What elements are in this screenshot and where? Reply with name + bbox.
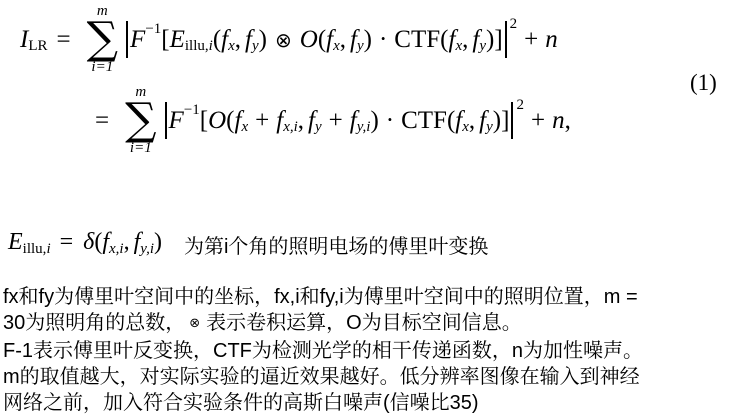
vertical-bar <box>505 21 507 58</box>
math-token: y <box>252 38 259 55</box>
math-token: illu, <box>23 241 47 258</box>
text-line-2: 30为照明角的总数，⊗表示卷积运算，O为目标空间信息。 <box>3 310 638 337</box>
math-token: , <box>235 26 241 54</box>
math-token: LR <box>28 38 47 55</box>
vertical-bar <box>165 102 167 139</box>
math-token: , <box>462 26 468 54</box>
math-token: y <box>486 119 493 136</box>
math-token: i <box>46 241 50 258</box>
math-token: [ <box>161 26 169 54</box>
math-token: n <box>552 107 565 135</box>
vertical-bar <box>126 21 128 58</box>
math-token: δ <box>83 229 94 256</box>
sum-bot: i=1 <box>91 59 113 76</box>
document-page: ILR=m∑i=1F−1[Eillu,i(fx,fy)⊗O(fx,fy)·CTF… <box>0 0 748 420</box>
math-token: ) <box>364 26 372 54</box>
annotation-paragraph-1: fx和fy为傅里叶空间中的坐标，fx,i和fy,i为傅里叶空间中的照明位置，m … <box>3 284 638 337</box>
math-token: ) <box>370 107 378 135</box>
math-token: CTF <box>401 107 447 135</box>
math-token: ] <box>501 107 509 135</box>
math-token: ) <box>493 107 501 135</box>
math-token: x,i <box>283 119 298 136</box>
math-token: f <box>102 229 109 256</box>
math-token: x <box>241 119 248 136</box>
vertical-bar <box>511 102 513 139</box>
math-token: = <box>60 229 74 256</box>
math-token: f <box>350 107 357 135</box>
math-token: 2 <box>510 16 518 33</box>
math-token: x <box>228 38 235 55</box>
math-token: ( <box>440 26 448 54</box>
text-line-3: F-1表示傅里叶反变换，CTF为检测光学的相干传递函数，n为加性噪声。 <box>3 338 643 364</box>
math-token: ] <box>494 26 502 54</box>
text-line-1: fx和fy为傅里叶空间中的坐标，fx,i和fy,i为傅里叶空间中的照明位置，m … <box>3 284 638 310</box>
math-token: + <box>255 107 269 135</box>
math-token: , <box>124 229 130 256</box>
text-line-4: m的取值越大，对实际实验的逼近效果越好。低分辨率图像在输入到神经 <box>3 364 643 390</box>
math-token: y <box>315 119 322 136</box>
annotation-paragraph-2: F-1表示傅里叶反变换，CTF为检测光学的相干传递函数，n为加性噪声。 m的取值… <box>3 338 643 416</box>
sum-bot: i=1 <box>130 140 152 157</box>
math-token: + <box>524 26 538 54</box>
math-token: O <box>300 26 318 54</box>
text-line-5: 网络之前，加入符合实验条件的高斯白噪声(信噪比35) <box>3 390 643 416</box>
math-token: ) <box>154 229 162 256</box>
math-token: , <box>340 26 346 54</box>
summation-symbol: m∑i=1 <box>87 4 118 76</box>
equation-number: (1) <box>690 70 717 96</box>
math-token: ( <box>226 107 234 135</box>
math-token: x,i <box>109 241 124 258</box>
summation-symbol: m∑i=1 <box>125 85 156 157</box>
sum-sym: ∑ <box>87 19 118 59</box>
math-token: illu, <box>185 38 209 55</box>
math-token: + <box>329 107 343 135</box>
math-token: f <box>308 107 315 135</box>
math-token: ) <box>259 26 267 54</box>
math-token: x <box>333 38 340 55</box>
math-token: ⊗ <box>275 28 292 52</box>
math-token: n <box>545 26 558 54</box>
math-token: ) <box>486 26 494 54</box>
math-token: f <box>350 26 357 54</box>
math-token: CTF <box>394 26 440 54</box>
math-token: = <box>57 26 71 54</box>
illumination-formula: Eillu,i=δ(fx,i,fy,i) <box>8 229 162 256</box>
math-token: ( <box>447 107 455 135</box>
text-line-2-post: 表示卷积运算，O为目标空间信息。 <box>206 312 522 334</box>
math-token: i <box>209 38 213 55</box>
math-token: y,i <box>140 241 154 258</box>
math-token: · <box>379 26 387 54</box>
math-token: I <box>20 26 28 54</box>
illumination-definition-row: Eillu,i=δ(fx,i,fy,i) 为第i个角的照明电场的傅里叶变换 <box>8 228 488 257</box>
math-token: ( <box>213 26 221 54</box>
math-token: −1 <box>145 21 161 38</box>
math-token: f <box>245 26 252 54</box>
math-token: ( <box>318 26 326 54</box>
math-token: , <box>469 107 475 135</box>
math-token: , <box>298 107 304 135</box>
math-token: O <box>208 107 226 135</box>
math-token: 2 <box>516 97 524 114</box>
math-token: y <box>357 38 364 55</box>
math-token: y <box>479 38 486 55</box>
otimes-icon: ⊗ <box>189 316 200 331</box>
math-token: E <box>8 229 23 256</box>
math-token: = <box>95 107 109 135</box>
math-token: ( <box>94 229 102 256</box>
math-token: y,i <box>357 119 371 136</box>
math-token: x <box>462 119 469 136</box>
math-token: + <box>531 107 545 135</box>
math-token: E <box>170 26 185 54</box>
math-token: x <box>455 38 462 55</box>
math-token: F <box>130 26 145 54</box>
math-token: [ <box>200 107 208 135</box>
equation-line-2: =m∑i=1F−1[O(fx+fx,i,fy+fy,i)·CTF(fx,fy)]… <box>86 85 571 157</box>
sum-sym: ∑ <box>125 100 156 140</box>
equation-line-1: ILR=m∑i=1F−1[Eillu,i(fx,fy)⊗O(fx,fy)·CTF… <box>20 4 558 76</box>
illumination-label: 为第i个角的照明电场的傅里叶变换 <box>184 230 488 259</box>
math-token: · <box>386 107 394 135</box>
text-line-2-pre: 30为照明角的总数， <box>3 312 185 334</box>
math-token: F <box>169 107 184 135</box>
math-token: , <box>565 107 571 135</box>
math-token: −1 <box>184 102 200 119</box>
